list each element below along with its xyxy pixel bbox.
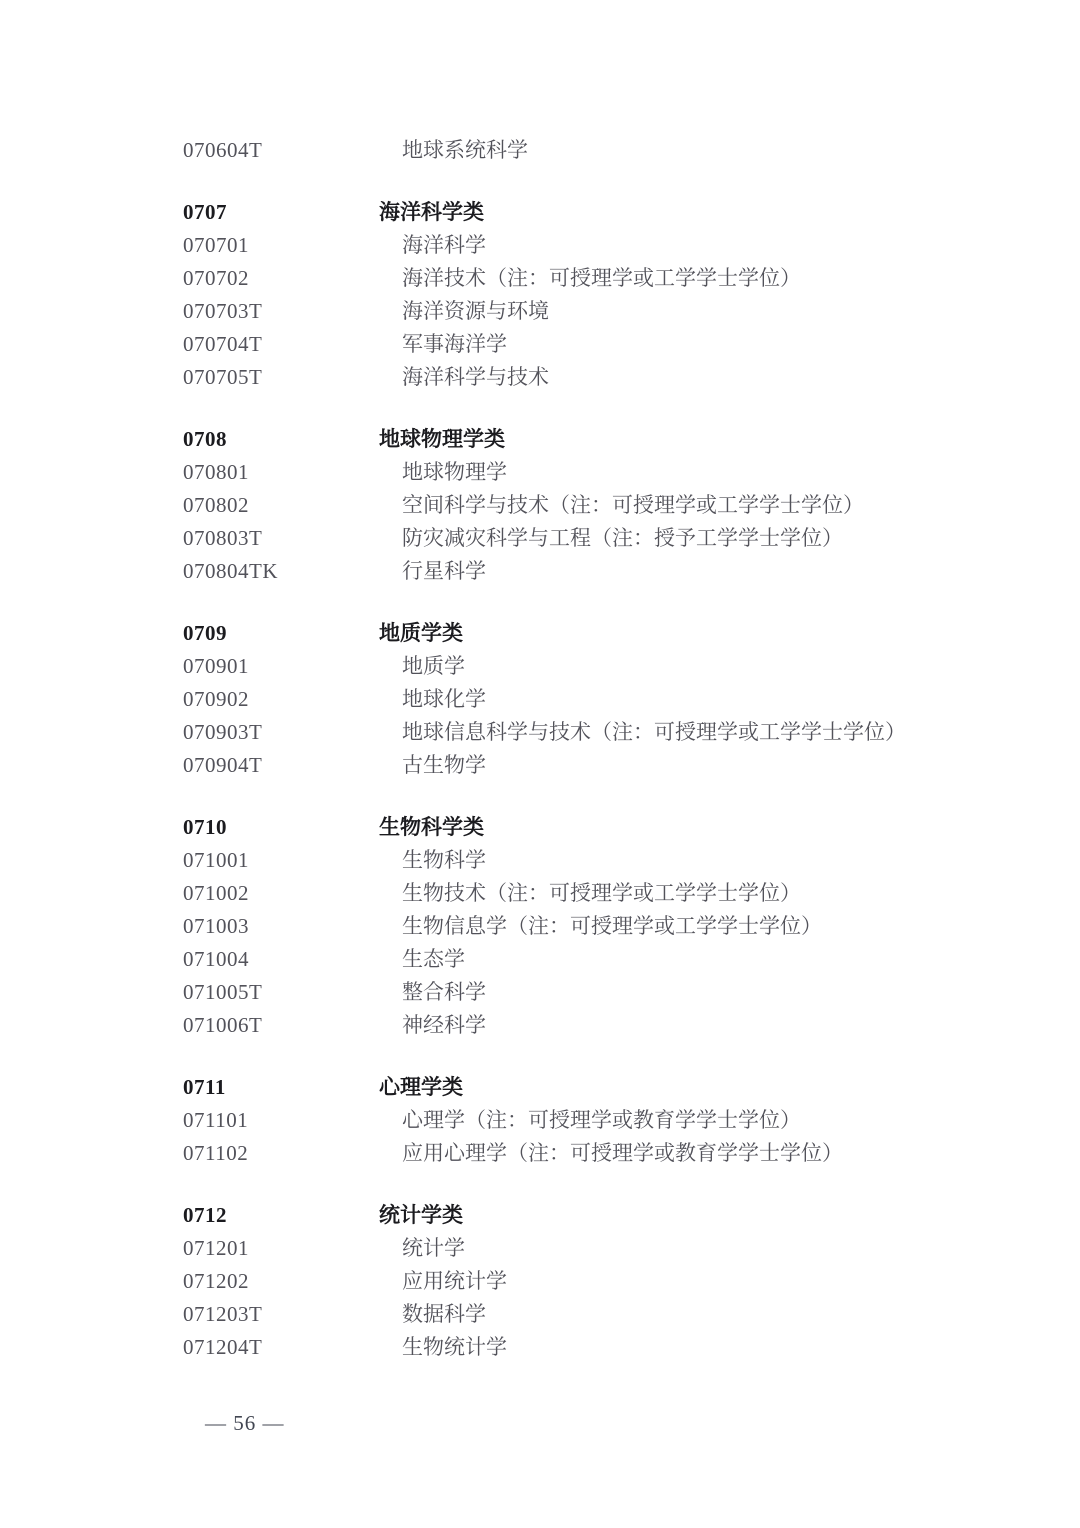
major-code: 071006T bbox=[183, 1009, 379, 1042]
major-name: 地球信息科学与技术（注：可授理学或工学学士学位） bbox=[379, 716, 906, 749]
section-0708: 0708 地球物理学类 070801 地球物理学 070802 空间科学与技术（… bbox=[183, 423, 983, 588]
page-number: — 56 — bbox=[205, 1411, 285, 1435]
major-code: 070904T bbox=[183, 749, 379, 782]
major-name: 生态学 bbox=[379, 943, 465, 976]
catalog-entry: 071101 心理学（注：可授理学或教育学学士学位） bbox=[183, 1104, 983, 1137]
major-name: 应用统计学 bbox=[379, 1265, 507, 1298]
category-code: 0707 bbox=[183, 196, 379, 229]
major-code: 071102 bbox=[183, 1137, 379, 1170]
catalog-entry: 070902 地球化学 bbox=[183, 683, 983, 716]
major-code: 071003 bbox=[183, 910, 379, 943]
catalog-entry: 071203T 数据科学 bbox=[183, 1298, 983, 1331]
major-code: 071005T bbox=[183, 976, 379, 1009]
page-footer: — 56 — bbox=[205, 1407, 285, 1440]
major-name: 行星科学 bbox=[379, 555, 486, 588]
major-code: 071204T bbox=[183, 1331, 379, 1364]
catalog-entry: 070703T 海洋资源与环境 bbox=[183, 295, 983, 328]
section-0707: 0707 海洋科学类 070701 海洋科学 070702 海洋技术（注：可授理… bbox=[183, 196, 983, 394]
catalog-entry: 070705T 海洋科学与技术 bbox=[183, 361, 983, 394]
category-code: 0711 bbox=[183, 1071, 379, 1104]
catalog-entry: 071005T 整合科学 bbox=[183, 976, 983, 1009]
document-page: 070604T 地球系统科学 0707 海洋科学类 070701 海洋科学 07… bbox=[0, 0, 1080, 1528]
major-code: 070902 bbox=[183, 683, 379, 716]
major-name: 地球物理学 bbox=[379, 456, 507, 489]
section-0709: 0709 地质学类 070901 地质学 070902 地球化学 070903T… bbox=[183, 617, 983, 782]
catalog-entry: 070801 地球物理学 bbox=[183, 456, 983, 489]
category-header: 0711 心理学类 bbox=[183, 1071, 983, 1104]
category-code: 0709 bbox=[183, 617, 379, 650]
category-header: 0710 生物科学类 bbox=[183, 811, 983, 844]
major-name: 数据科学 bbox=[379, 1298, 486, 1331]
major-code: 071201 bbox=[183, 1232, 379, 1265]
catalog-entry: 071006T 神经科学 bbox=[183, 1009, 983, 1042]
major-name: 地质学 bbox=[379, 650, 465, 683]
major-code: 070702 bbox=[183, 262, 379, 295]
major-code: 071004 bbox=[183, 943, 379, 976]
major-name: 生物科学 bbox=[379, 844, 486, 877]
major-code: 070701 bbox=[183, 229, 379, 262]
catalog-entry: 071004 生态学 bbox=[183, 943, 983, 976]
major-name: 古生物学 bbox=[379, 749, 486, 782]
catalog-entry: 070604T 地球系统科学 bbox=[183, 134, 983, 167]
catalog-entry: 070802 空间科学与技术（注：可授理学或工学学士学位） bbox=[183, 489, 983, 522]
major-catalog-list: 070604T 地球系统科学 0707 海洋科学类 070701 海洋科学 07… bbox=[183, 134, 983, 1364]
major-code: 070804TK bbox=[183, 555, 379, 588]
major-name: 统计学 bbox=[379, 1232, 465, 1265]
section-0711: 0711 心理学类 071101 心理学（注：可授理学或教育学学士学位） 071… bbox=[183, 1071, 983, 1170]
major-name: 神经科学 bbox=[379, 1009, 486, 1042]
major-name: 海洋资源与环境 bbox=[379, 295, 549, 328]
category-name: 心理学类 bbox=[379, 1071, 463, 1104]
major-code: 071202 bbox=[183, 1265, 379, 1298]
catalog-entry: 071002 生物技术（注：可授理学或工学学士学位） bbox=[183, 877, 983, 910]
major-code: 070802 bbox=[183, 489, 379, 522]
major-code: 071001 bbox=[183, 844, 379, 877]
catalog-entry: 070904T 古生物学 bbox=[183, 749, 983, 782]
major-name: 空间科学与技术（注：可授理学或工学学士学位） bbox=[379, 489, 864, 522]
major-code: 070801 bbox=[183, 456, 379, 489]
category-name: 地质学类 bbox=[379, 617, 463, 650]
major-name: 地球化学 bbox=[379, 683, 486, 716]
catalog-entry: 070701 海洋科学 bbox=[183, 229, 983, 262]
major-code: 071002 bbox=[183, 877, 379, 910]
major-code: 070705T bbox=[183, 361, 379, 394]
category-header: 0712 统计学类 bbox=[183, 1199, 983, 1232]
major-code: 070903T bbox=[183, 716, 379, 749]
major-name: 海洋科学 bbox=[379, 229, 486, 262]
section-0710: 0710 生物科学类 071001 生物科学 071002 生物技术（注：可授理… bbox=[183, 811, 983, 1042]
category-name: 海洋科学类 bbox=[379, 196, 484, 229]
catalog-entry: 071102 应用心理学（注：可授理学或教育学学士学位） bbox=[183, 1137, 983, 1170]
category-name: 统计学类 bbox=[379, 1199, 463, 1232]
major-name: 心理学（注：可授理学或教育学学士学位） bbox=[379, 1104, 801, 1137]
major-name: 海洋科学与技术 bbox=[379, 361, 549, 394]
major-code: 070703T bbox=[183, 295, 379, 328]
category-header: 0708 地球物理学类 bbox=[183, 423, 983, 456]
catalog-entry: 071201 统计学 bbox=[183, 1232, 983, 1265]
catalog-entry: 070901 地质学 bbox=[183, 650, 983, 683]
category-header: 0707 海洋科学类 bbox=[183, 196, 983, 229]
catalog-entry: 071001 生物科学 bbox=[183, 844, 983, 877]
major-code: 071101 bbox=[183, 1104, 379, 1137]
catalog-entry: 070702 海洋技术（注：可授理学或工学学士学位） bbox=[183, 262, 983, 295]
category-code: 0710 bbox=[183, 811, 379, 844]
major-code: 070803T bbox=[183, 522, 379, 555]
major-code: 070704T bbox=[183, 328, 379, 361]
major-code: 070901 bbox=[183, 650, 379, 683]
catalog-entry: 071202 应用统计学 bbox=[183, 1265, 983, 1298]
major-name: 生物技术（注：可授理学或工学学士学位） bbox=[379, 877, 801, 910]
catalog-entry: 070803T 防灾减灾科学与工程（注：授予工学学士学位） bbox=[183, 522, 983, 555]
major-name: 生物信息学（注：可授理学或工学学士学位） bbox=[379, 910, 822, 943]
category-code: 0712 bbox=[183, 1199, 379, 1232]
category-name: 生物科学类 bbox=[379, 811, 484, 844]
category-name: 地球物理学类 bbox=[379, 423, 505, 456]
major-name: 军事海洋学 bbox=[379, 328, 507, 361]
major-code: 071203T bbox=[183, 1298, 379, 1331]
catalog-entry: 070903T 地球信息科学与技术（注：可授理学或工学学士学位） bbox=[183, 716, 983, 749]
catalog-entry: 071204T 生物统计学 bbox=[183, 1331, 983, 1364]
section-0712: 0712 统计学类 071201 统计学 071202 应用统计学 071203… bbox=[183, 1199, 983, 1364]
major-name: 海洋技术（注：可授理学或工学学士学位） bbox=[379, 262, 801, 295]
catalog-entry: 070804TK 行星科学 bbox=[183, 555, 983, 588]
major-code: 070604T bbox=[183, 134, 379, 167]
major-name: 整合科学 bbox=[379, 976, 486, 1009]
catalog-entry: 070704T 军事海洋学 bbox=[183, 328, 983, 361]
category-header: 0709 地质学类 bbox=[183, 617, 983, 650]
major-name: 生物统计学 bbox=[379, 1331, 507, 1364]
major-name: 地球系统科学 bbox=[379, 134, 528, 167]
major-name: 应用心理学（注：可授理学或教育学学士学位） bbox=[379, 1137, 843, 1170]
category-code: 0708 bbox=[183, 423, 379, 456]
catalog-entry: 071003 生物信息学（注：可授理学或工学学士学位） bbox=[183, 910, 983, 943]
major-name: 防灾减灾科学与工程（注：授予工学学士学位） bbox=[379, 522, 843, 555]
